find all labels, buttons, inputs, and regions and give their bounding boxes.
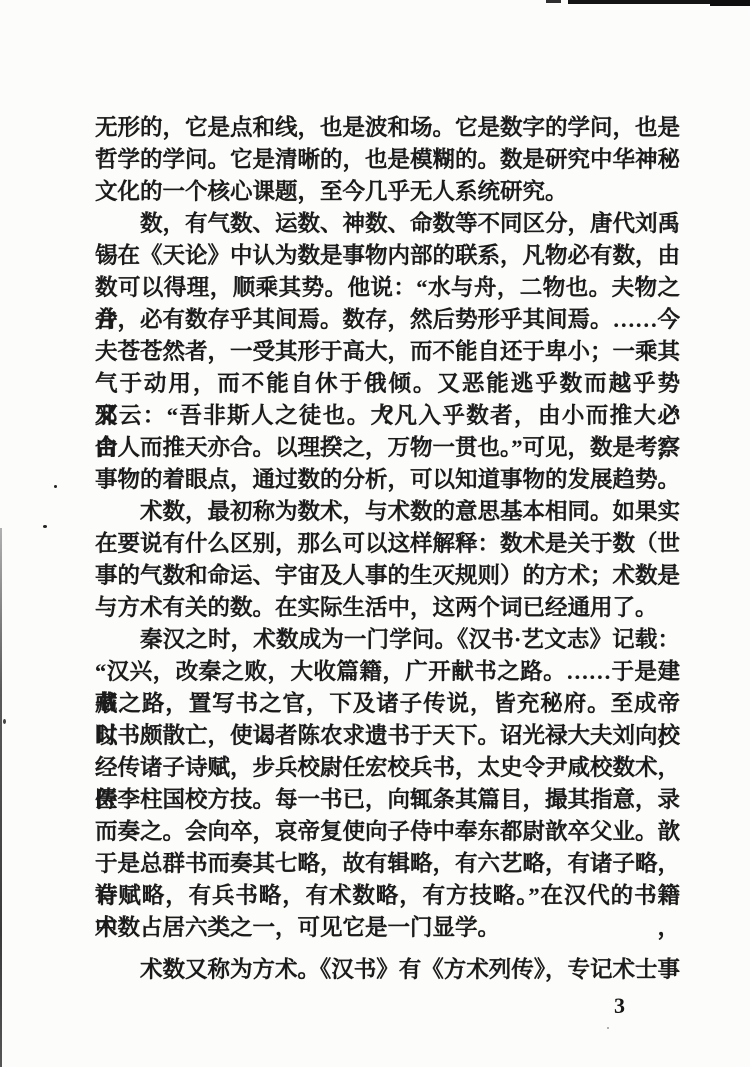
scan-artifact-top-dash [546, 0, 561, 3]
text-line: 由人而推天亦合。以理揆之，万物一贯也。”可见，数是考察 [95, 432, 680, 464]
text-line: 与方术有关的数。在实际生活中，这两个词已经通用了。 [95, 592, 680, 624]
text-line: 数可以得理，顺乘其势。他说：“水与舟，二物也。夫物之合 [95, 272, 680, 304]
page-text: 无形的，它是点和线，也是波和场。它是数字的学问，也是哲学的学问。它是清晰的，也是… [95, 112, 680, 986]
text-line: 而奏之。会向卒，哀帝复使向子侍中奉东都尉歆卒父业。歆 [95, 816, 680, 848]
text-line: 术数又称为方术。《汉书》有《方术列传》，专记术士事 [95, 954, 680, 986]
scan-speck [54, 485, 57, 488]
book-page: 无形的，它是点和线，也是波和场。它是数字的学问，也是哲学的学问。它是清晰的，也是… [0, 0, 750, 1067]
scan-artifact-left-edge [0, 528, 2, 1067]
text-line: 医李柱国校方技。每一书已，向辄条其篇目，撮其指意，录 [95, 784, 680, 816]
paragraph: 数，有气数、运数、神数、命数等不同区分，唐代刘禹锡在《天论》中认为数是事物内部的… [95, 208, 680, 496]
page-number: 3 [614, 993, 625, 1019]
text-line: 以书颇散亡，使谒者陈农求遗书于天下。诏光禄大夫刘向校 [95, 720, 680, 752]
text-line: 于是总群书而奏其七略，故有辑略，有六艺略，有诸子略，有 [95, 848, 680, 880]
text-line: “汉兴，改秦之败，大收篇籍，广开献书之路。……于是建藏 [95, 656, 680, 688]
text-line: 事的气数和命运、宇宙及人事的生灭规则）的方术；术数是 [95, 560, 680, 592]
scan-speck [3, 719, 6, 724]
text-line: 又云：“吾非斯人之徒也。大凡入乎数者，由小而推大必合， [95, 400, 680, 432]
paragraph: 术数又称为方术。《汉书》有《方术列传》，专记术士事 [95, 954, 680, 986]
text-line: 诗赋略，有兵书略，有术数略，有方技略。”在汉代的书籍中， [95, 880, 680, 912]
text-line: 夫苍苍然者，一受其形于高大，而不能自还于卑小；一乘其 [95, 336, 680, 368]
text-line: 数，有气数、运数、神数、命数等不同区分，唐代刘禹 [95, 208, 680, 240]
text-line: 哲学的学问。它是清晰的，也是模糊的。数是研究中华神秘 [95, 144, 680, 176]
paragraph: 秦汉之时，术数成为一门学问。《汉书·艺文志》记载：“汉兴，改秦之败，大收篇籍，广… [95, 624, 680, 944]
text-line: 气于动用，而不能自休于俄倾。又恶能逃乎数而越乎势邪？” [95, 368, 680, 400]
paragraph: 无形的，它是点和线，也是波和场。它是数字的学问，也是哲学的学问。它是清晰的，也是… [95, 112, 680, 208]
text-line: 无形的，它是点和线，也是波和场。它是数字的学问，也是 [95, 112, 680, 144]
scan-speck [607, 1027, 609, 1029]
text-line: 经传诸子诗赋，步兵校尉任宏校兵书，太史令尹咸校数术，侍 [95, 752, 680, 784]
text-line: 在要说有什么区别，那么可以这样解释：数术是关于数（世 [95, 528, 680, 560]
text-line: 术数，最初称为数术，与术数的意思基本相同。如果实 [95, 496, 680, 528]
scan-artifact-top-right-corner [710, 0, 750, 6]
text-line: 事物的着眼点，通过数的分析，可以知道事物的发展趋势。 [95, 464, 680, 496]
text-line: 秦汉之时，术数成为一门学问。《汉书·艺文志》记载： [95, 624, 680, 656]
paragraph: 术数，最初称为数术，与术数的意思基本相同。如果实在要说有什么区别，那么可以这样解… [95, 496, 680, 624]
text-line: 书之路，置写书之官，下及诸子传说，皆充秘府。至成帝时， [95, 688, 680, 720]
scan-speck [43, 525, 47, 528]
text-line: 文化的一个核心课题，至今几乎无人系统研究。 [95, 176, 680, 208]
text-line: 并，必有数存乎其间焉。数存，然后势形乎其间焉。……今 [95, 304, 680, 336]
text-line: 锡在《天论》中认为数是事物内部的联系，凡物必有数，由 [95, 240, 680, 272]
